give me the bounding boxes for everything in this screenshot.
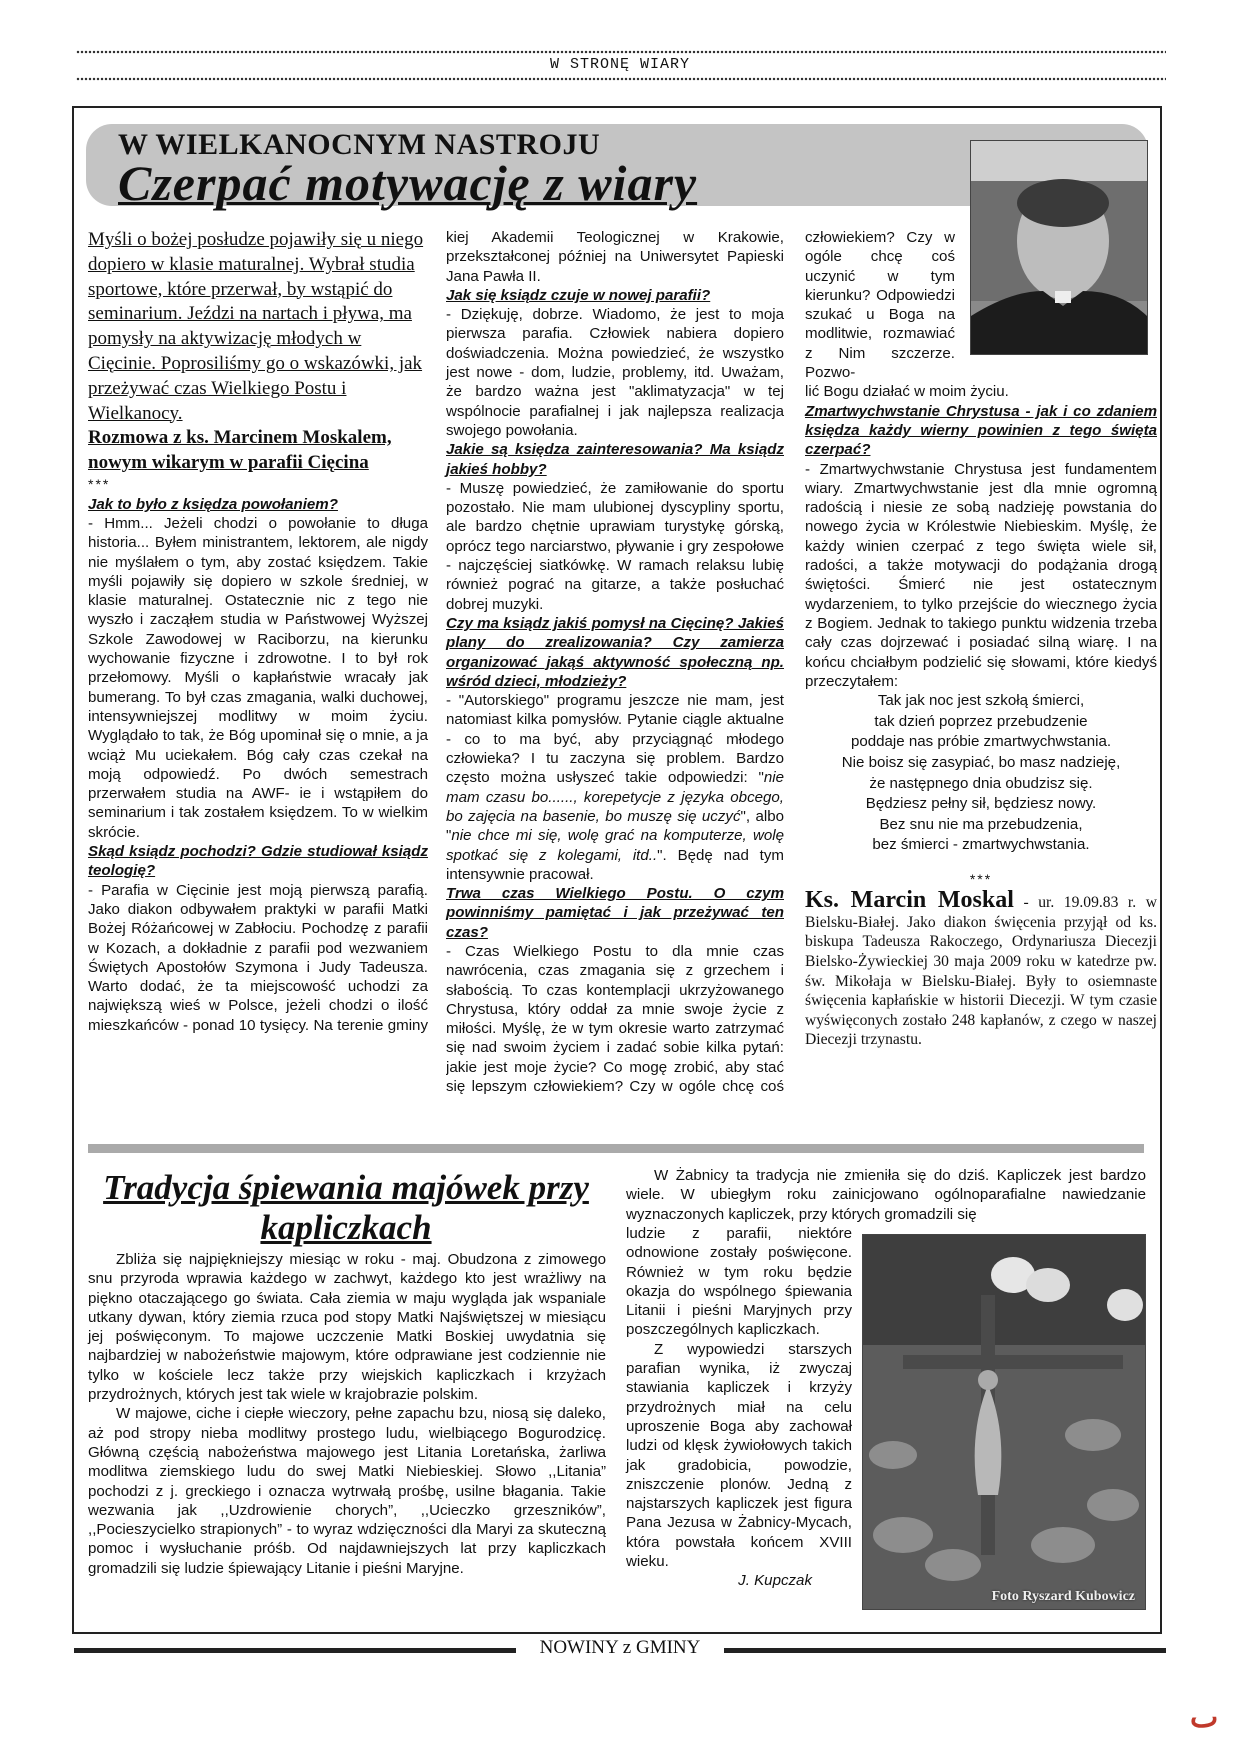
poem-line: Będziesz pełny sił, będziesz nowy.	[805, 794, 1157, 815]
column-3: człowiekiem? Czy w ogóle chcę coś uczyni…	[805, 228, 1157, 1050]
section-divider	[88, 1144, 1144, 1153]
article-headline: Czerpać motywację z wiary	[118, 154, 697, 212]
article-2-narrow-column: ludzie z parafii, niektóre odnowione zos…	[626, 1224, 852, 1591]
question-6: Trwa czas Wielkiego Postu. O czym powinn…	[446, 884, 784, 942]
column-2: kiej Akademii Teologicznej w Krakowie, p…	[446, 228, 784, 1096]
question-2: Skąd ksiądz pochodzi? Gdzie studiował ks…	[88, 842, 428, 881]
bio-name: Ks. Marcin Moskal	[805, 887, 1014, 913]
footer-rule-right	[724, 1648, 1166, 1653]
shrine-photo: Foto Ryszard Kubowicz	[862, 1234, 1146, 1610]
question-7: Zmartwychwstanie Chrystusa - jak i co zd…	[805, 402, 1157, 460]
photo-caption: Foto Ryszard Kubowicz	[992, 1589, 1135, 1605]
article-2-paragraph-3-rest: ludzie z parafii, niektóre odnowione zos…	[626, 1224, 852, 1340]
answer-6-continued: człowiekiem? Czy w ogóle chcę coś uczyni…	[805, 228, 955, 382]
answer-2-continued: kiej Akademii Teologicznej w Krakowie, p…	[446, 228, 784, 286]
dotted-rule-bottom	[76, 77, 1166, 81]
answer-5: - "Autorskiego" programu jeszcze nie mam…	[446, 691, 784, 884]
dotted-rule-top	[76, 50, 1166, 54]
article-2-paragraph-4: Z wypowiedzi starszych parafian wynika, …	[626, 1340, 852, 1572]
section-separator: ***	[88, 475, 428, 494]
publication-name: NOWINY z GMINY	[520, 1637, 720, 1659]
question-1: Jak to było z księdza powołaniem?	[88, 495, 428, 514]
poem-line: tak dzień poprzez przebudzenie	[805, 712, 1157, 733]
article-2-paragraph-3-intro: W Żabnicy ta tradycja nie zmieniła się d…	[626, 1166, 1146, 1224]
bio-text: - ur. 19.09.83 r. w Bielsku-Białej. Jako…	[805, 894, 1157, 1048]
column-1: Myśli o bożej posłudze pojawiły się u ni…	[88, 228, 428, 1037]
quoted-poem: Tak jak noc jest szkołą śmierci, tak dzi…	[805, 691, 1157, 856]
article-2-column-1: Zbliża się najpiękniejszy miesiąc w roku…	[88, 1250, 606, 1578]
answer-1: - Hmm... Jeżeli chodzi o powołanie to dł…	[88, 514, 428, 842]
answer-7: - Zmartwychwstanie Chrystusa jest fundam…	[805, 460, 1157, 692]
crucifix-photo-icon	[863, 1235, 1145, 1609]
answer-4: - Muszę powiedzieć, że zamiłowanie do sp…	[446, 479, 784, 614]
corner-logo-icon: ٮ	[1190, 1700, 1218, 1735]
poem-line: poddaje nas próbie zmartwychwstania.	[805, 732, 1157, 753]
poem-line: że następnego dnia obudzisz się.	[805, 774, 1157, 795]
question-3: Jak się ksiądz czuje w nowej parafii?	[446, 286, 784, 305]
poem-line: Bez snu nie ma przebudzenia,	[805, 815, 1157, 836]
author-bio: Ks. Marcin Moskal - ur. 19.09.83 r. w Bi…	[805, 891, 1157, 1050]
poem-line: bez śmierci - zmartwychwstania.	[805, 835, 1157, 856]
answer-5-text: - "Autorskiego" programu jeszcze nie mam…	[446, 692, 784, 786]
running-title: W STRONĘ WIARY	[0, 56, 1240, 73]
article-2-paragraph-1: Zbliża się najpiękniejszy miesiąc w roku…	[88, 1250, 606, 1404]
article-2-title: Tradycja śpiewania majówek przy kapliczk…	[86, 1168, 606, 1248]
article-2-paragraph-2: W majowe, ciche i ciepłe wieczory, pełne…	[88, 1404, 606, 1578]
answer-6-end: lić Bogu działać w moim życiu.	[805, 382, 1157, 401]
question-5: Czy ma ksiądz jakiś pomysł na Cięcinę? J…	[446, 614, 784, 691]
poem-line: Nie boisz się zasypiać, bo masz nadzieję…	[805, 753, 1157, 774]
answer-6: - Czas Wielkiego Postu to dla mnie czas …	[446, 942, 784, 1096]
question-4: Jakie są księdza zainteresowania? Ma ksi…	[446, 440, 784, 479]
poem-line: Tak jak noc jest szkołą śmierci,	[805, 691, 1157, 712]
article-lead: Myśli o bożej posłudze pojawiły się u ni…	[88, 228, 428, 426]
interview-intro: Rozmowa z ks. Marcinem Moskalem, nowym w…	[88, 426, 428, 475]
article-2-signature: J. Kupczak	[626, 1571, 852, 1590]
answer-3: - Dziękuję, dobrze. Wiadomo, że jest to …	[446, 305, 784, 440]
answer-2: - Parafia w Cięcinie jest moją pierwszą …	[88, 881, 428, 1037]
footer-rule-left	[74, 1648, 516, 1653]
